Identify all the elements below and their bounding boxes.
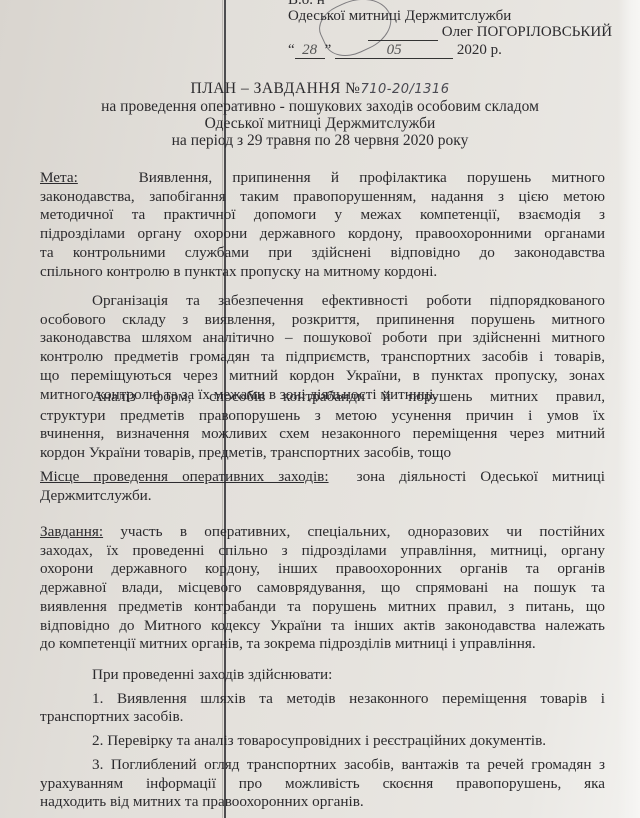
action-item-2: 2. Перевірку та аналіз товаросупровідних… xyxy=(40,732,605,751)
document-page: В.о. н Одеської митниці Держмитслужби Ол… xyxy=(0,0,640,818)
analysis-section: Аналіз форм, способів контрабанди й пору… xyxy=(40,388,605,463)
title-subtitle-2: Одеської митниці Держмитслужби xyxy=(0,115,640,132)
goal-label: Мета: xyxy=(40,169,78,186)
tasks-section: Завдання: участь в оперативних, спеціаль… xyxy=(40,523,605,654)
pen-stroke-line xyxy=(224,0,226,818)
tasks-label: Завдання: xyxy=(40,523,103,540)
title-main: ПЛАН – ЗАВДАННЯ № xyxy=(191,80,361,97)
document-title: ПЛАН – ЗАВДАННЯ №710-20/1316 на проведен… xyxy=(0,80,640,149)
location-label: Місце проведення оперативних заходів: xyxy=(40,468,329,485)
title-period: на період з 29 травня по 28 червня 2020 … xyxy=(0,132,640,149)
action-item-1: 1. Виявлення шляхів та методів незаконно… xyxy=(40,690,605,709)
actions-section: При проведенні заходів здійснювати: 1. В… xyxy=(40,666,605,812)
date-year: 2020 р. xyxy=(457,42,502,58)
title-number: 710-20/1316 xyxy=(360,82,449,97)
action-item-3: 3. Поглиблений огляд транспортних засобі… xyxy=(40,756,605,775)
title-subtitle-1: на проведення оперативно - пошукових зах… xyxy=(0,98,640,115)
date-day: 28 xyxy=(295,42,325,59)
signatory-name: Олег ПОГОРІЛОВСЬКИЙ xyxy=(442,24,612,40)
location-section: Місце проведення оперативних заходів: зо… xyxy=(40,468,605,505)
goal-section: Мета: Виявлення, припинення й профілакти… xyxy=(40,169,605,281)
actions-intro: При проведенні заходів здійснювати: xyxy=(40,666,605,685)
